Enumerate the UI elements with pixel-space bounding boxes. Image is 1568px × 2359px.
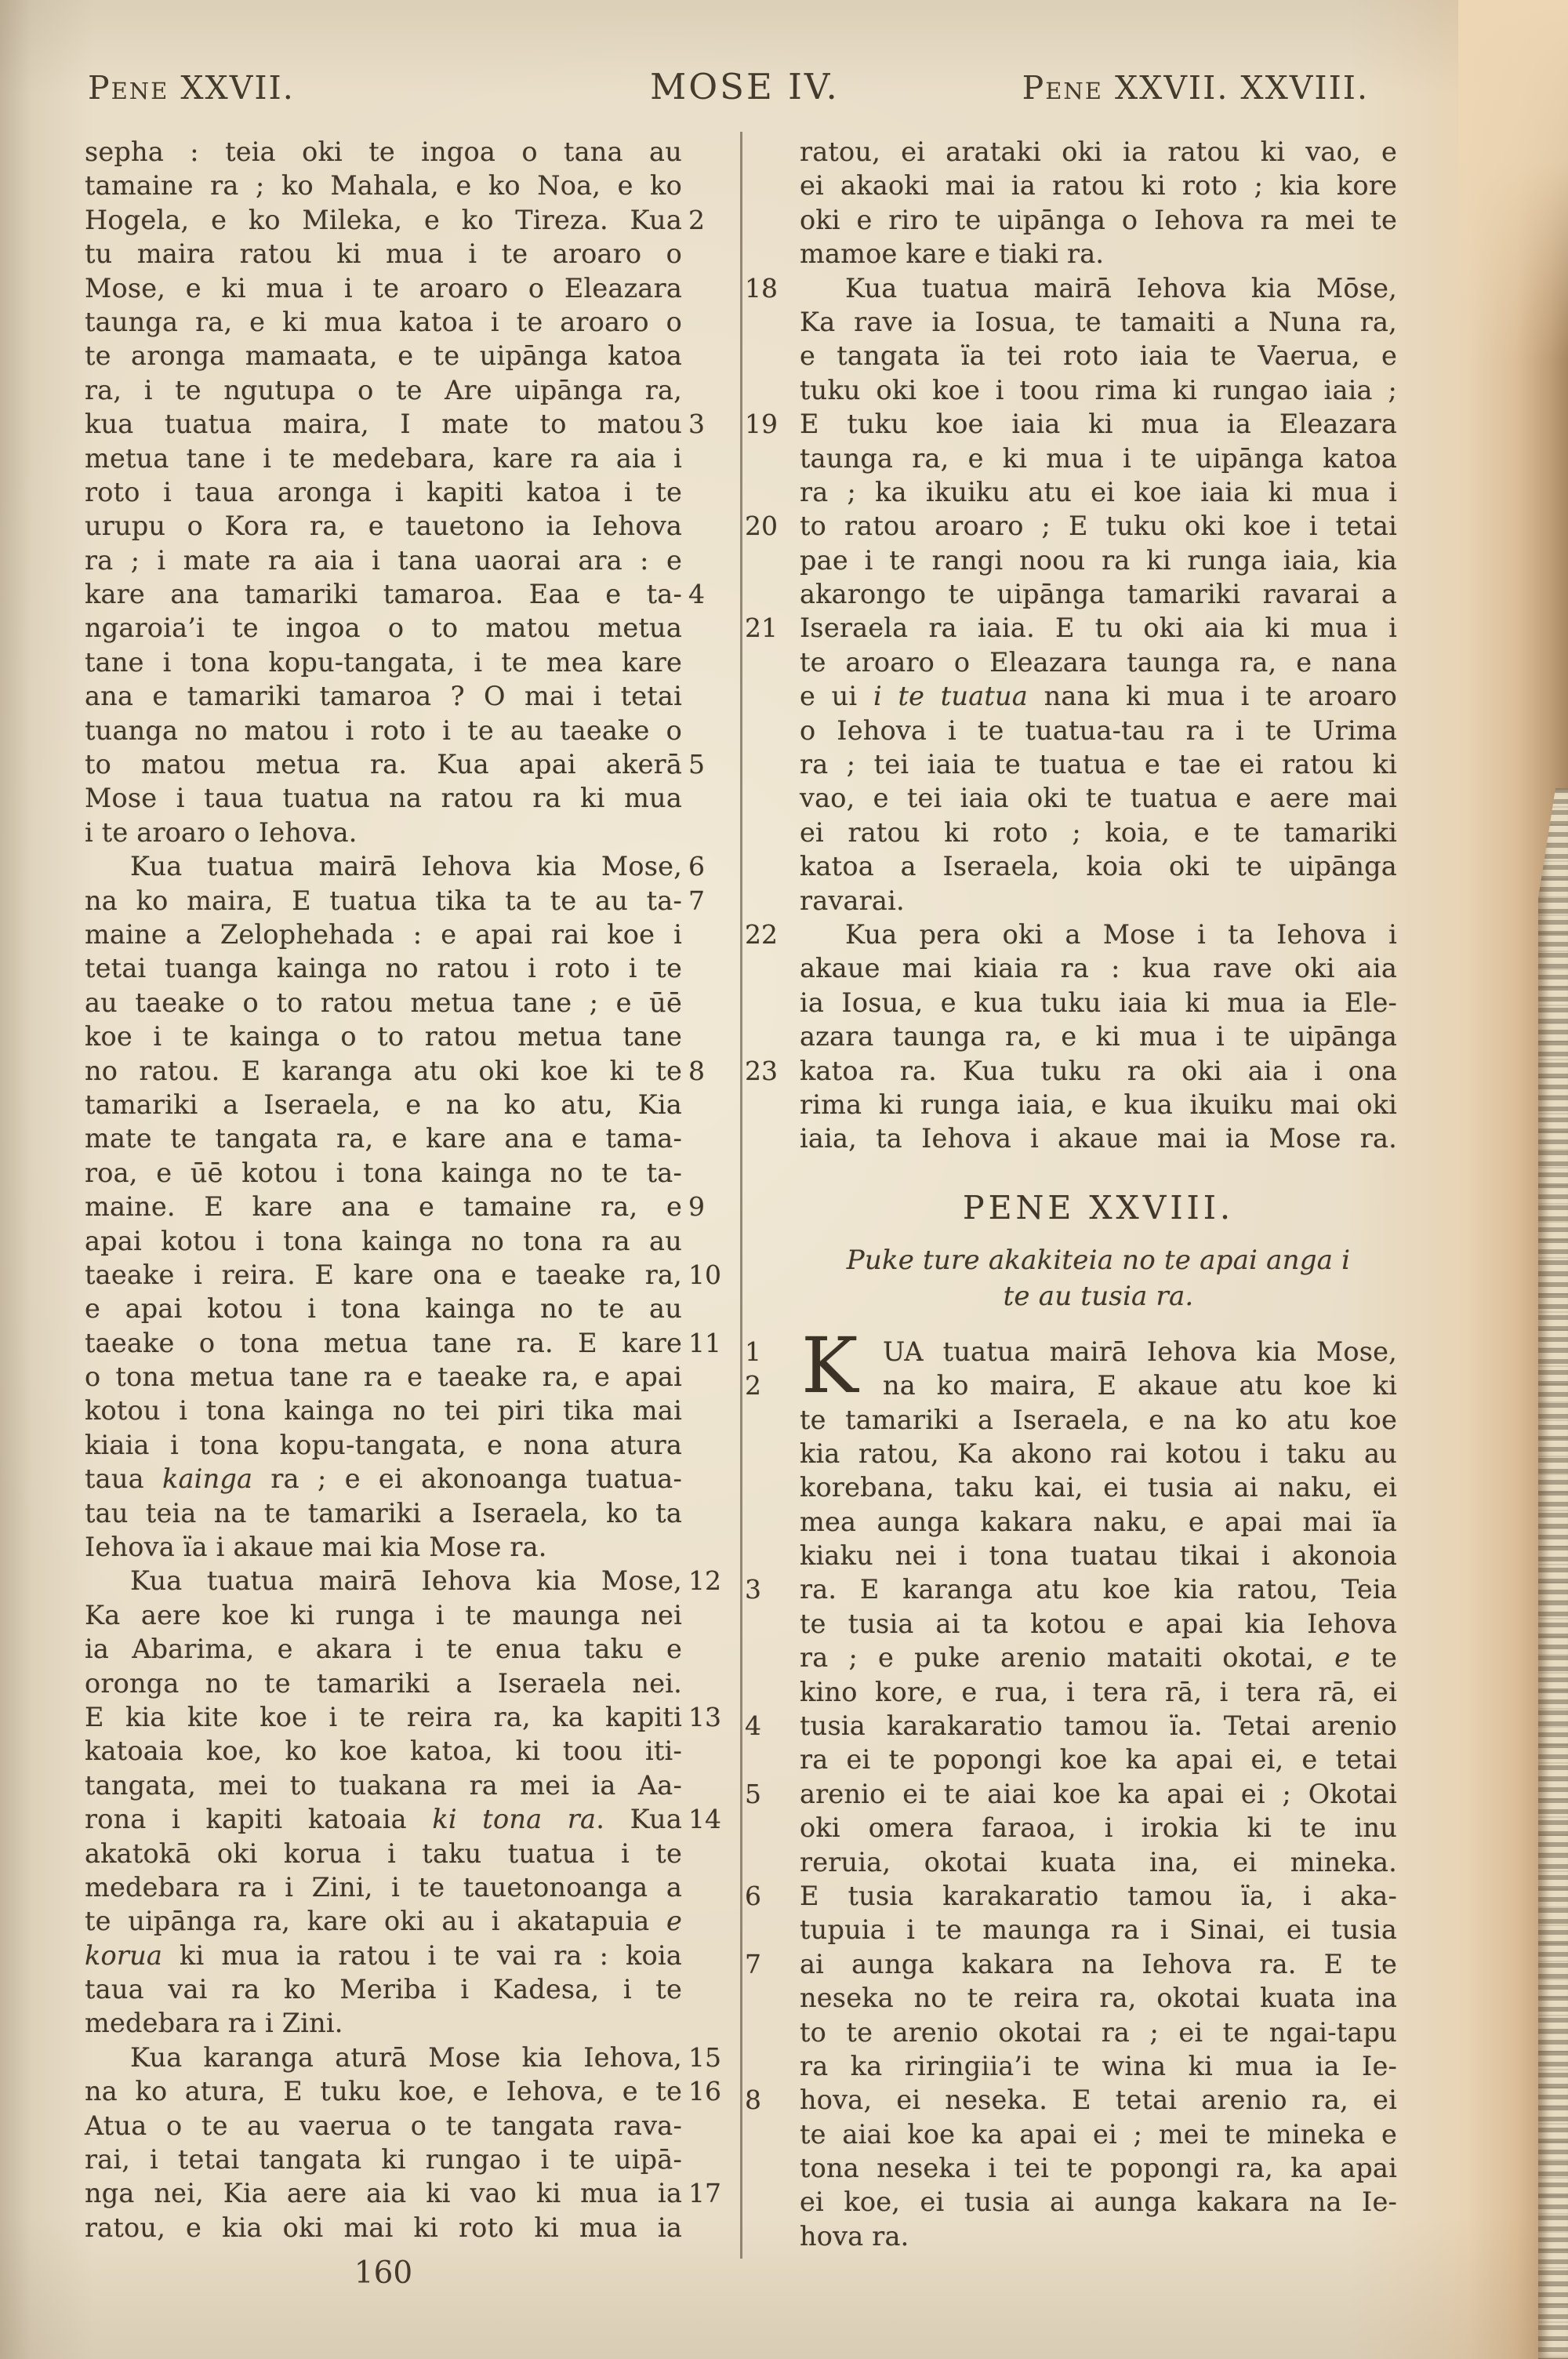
text-line: to ratou aroaro ; E tuku oki koe i tetai… [800, 509, 1397, 543]
adjacent-page-edge [1538, 788, 1568, 2359]
text-line: taunga ra, e ki mua i te uipānga katoa [800, 442, 1397, 475]
text-line: te aiai koe ka apai ei ; mei te mineka e [800, 2117, 1397, 2151]
text-line: te tusia ai ta kotou e apai kia Iehova [800, 1607, 1397, 1641]
verse-number: 19 [745, 407, 790, 441]
text-line: ra ei te popongi koe ka apai ei, e tetai [800, 1743, 1397, 1776]
verse-number: 17 [688, 2176, 734, 2210]
text-line: ravarai. [800, 884, 1397, 918]
text-line: ia Iosua, e kua tuku iaia ki mua ia Ele- [800, 986, 1397, 1020]
verse-number: 6 [688, 849, 734, 883]
verse-number: 8 [688, 1054, 734, 1088]
text-line: e ui i te tuatua nana ki mua i te aroaro [800, 679, 1397, 713]
text-line: katoa a Iseraela, koia oki te uipānga [800, 849, 1397, 883]
text-line: azara taunga ra, e ki mua i te uipānga [800, 1020, 1397, 1053]
page-number: 160 [85, 2255, 682, 2291]
text-line: ra ; i mate ra aia i tana uaorai ara : e [85, 543, 682, 577]
verse-number: 10 [688, 1258, 734, 1292]
text-line: korebana, taku kai, ei tusia ai naku, ei [800, 1470, 1397, 1504]
text-line: Kua tuatua mairā Iehova kia Mose,12 [85, 1564, 682, 1598]
chapter-summary-line-2: te au tusia ra. [800, 1278, 1397, 1314]
text-line: akarongo te uipānga tamariki ravarai a [800, 577, 1397, 611]
right-column-chapter28-text: K UA tuatua mairā Iehova kia Mose,1na ko… [800, 1335, 1397, 2254]
verse-number: 18 [745, 271, 790, 305]
verse-number: 4 [688, 577, 734, 611]
text-line: E tusia karakaratio tamou ïa, i aka-6 [800, 1879, 1397, 1913]
text-line: ngaroia’i te ingoa o to matou metua [85, 611, 682, 645]
text-line: kua tuatua maira, I mate to matou3 [85, 407, 682, 441]
text-line: oki e riro te uipānga o Iehova ra mei te [800, 203, 1397, 237]
column-divider-rule [740, 132, 742, 2259]
verse-number: 16 [688, 2074, 734, 2108]
text-line: maine. E kare ana e tamaine ra, e9 [85, 1190, 682, 1223]
text-line: ra ; ka ikuiku atu ei koe iaia ki mua i [800, 475, 1397, 509]
verse-number: 23 [745, 1054, 790, 1088]
verse-number: 7 [688, 884, 734, 918]
text-line: hova, ei neseka. E tetai arenio ra, ei8 [800, 2083, 1397, 2117]
text-line: roto i taua aronga i kapiti katoa i te [85, 475, 682, 509]
text-line: tupuia i te maunga ra i Sinai, ei tusia [800, 1913, 1397, 1946]
verse-number: 3 [688, 407, 734, 441]
text-line: kiaku nei i tona tuatau tikai i akonoia [800, 1539, 1397, 1572]
text-line: Kua tuatua mairā Iehova kia Mose,6 [85, 849, 682, 883]
text-line: medebara ra i Zini. [85, 2006, 682, 2040]
text-line: taeake o tona metua tane ra. E kare11 [85, 1326, 682, 1360]
text-line: vao, e tei iaia oki te tuatua e aere mai [800, 781, 1397, 815]
text-line: na ko maira, E akaue atu koe ki2 [800, 1369, 1397, 1402]
text-line: au taeake o to ratou metua tane ; e ūē [85, 986, 682, 1020]
text-line: tamariki a Iseraela, e na ko atu, Kia [85, 1088, 682, 1121]
verse-number: 2 [745, 1369, 790, 1402]
text-line: ana e tamariki tamaroa ? O mai i tetai [85, 679, 682, 713]
text-line: e apai kotou i tona kainga no te au [85, 1292, 682, 1325]
text-line: o Iehova i te tuatua-tau ra i te Urima [800, 714, 1397, 747]
text-line: kiaia i tona kopu-tangata, e nona atura [85, 1428, 682, 1462]
text-line: Kua karanga aturā Mose kia Iehova,15 [85, 2041, 682, 2074]
right-text-column: ratou, ei arataki oki ia ratou ki vao, e… [800, 135, 1397, 2253]
text-line: mamoe kare e tiaki ra. [800, 237, 1397, 271]
text-line: apai kotou i tona kainga no tona ra au [85, 1224, 682, 1258]
text-line: Atua o te au vaerua o te tangata rava- [85, 2109, 682, 2143]
text-line: Mose i taua tuatua na ratou ra ki mua [85, 781, 682, 815]
text-line: Iseraela ra iaia. E tu oki aia ki mua i2… [800, 611, 1397, 645]
right-column-chapter27-text: ratou, ei arataki oki ia ratou ki vao, e… [800, 135, 1397, 1156]
text-line: rima ki runga iaia, e kua ikuiku mai oki [800, 1088, 1397, 1121]
verse-number: 5 [745, 1777, 790, 1811]
text-line: taunga ra, e ki mua katoa i te aroaro o [85, 305, 682, 339]
text-line: katoa ra. Kua tuku ra oki aia i ona23 [800, 1054, 1397, 1088]
text-line: kare ana tamariki tamaroa. Eaa e ta-4 [85, 577, 682, 611]
text-line: i te aroaro o Iehova. [85, 816, 682, 849]
verse-number: 1 [745, 1335, 790, 1369]
text-line: ra ; e puke arenio mataiti okotai, e te [800, 1641, 1397, 1674]
text-line: taeake i reira. E kare ona e taeake ra,1… [85, 1258, 682, 1292]
text-line: ra ka riringiia’i te wina ki mua ia Ie- [800, 2049, 1397, 2083]
verse-number: 12 [688, 1564, 734, 1598]
verse-number: 20 [745, 509, 790, 543]
text-line: ratou, ei arataki oki ia ratou ki vao, e [800, 135, 1397, 169]
text-line: mate te tangata ra, e kare ana e tama- [85, 1121, 682, 1155]
verse-number: 3 [745, 1572, 790, 1606]
text-line: kotou i tona kainga no tei piri tika mai [85, 1394, 682, 1427]
text-line: roa, e ūē kotou i tona kainga no te ta- [85, 1156, 682, 1190]
text-line: no ratou. E karanga atu oki koe ki te8 [85, 1054, 682, 1088]
text-line: tane i tona kopu-tangata, i te mea kare [85, 645, 682, 679]
text-line: tusia karakaratio tamou ïa. Tetai arenio… [800, 1709, 1397, 1743]
text-line: Hogela, e ko Mileka, e ko Tireza. Kua2 [85, 203, 682, 237]
verse-number: 22 [745, 918, 790, 951]
text-line: akatokā oki korua i taku tuatua i te [85, 1837, 682, 1870]
text-line: korua ki mua ia ratou i te vai ra : koia [85, 1939, 682, 1972]
text-line: to matou metua ra. Kua apai akerā5 [85, 747, 682, 781]
verse-number: 13 [688, 1700, 734, 1734]
verse-number: 15 [688, 2041, 734, 2074]
text-line: Ka rave ia Iosua, te tamaiti a Nuna ra, [800, 305, 1397, 339]
text-line: E kia kite koe i te reira ra, ka kapiti1… [85, 1700, 682, 1734]
text-line: te aronga mamaata, e te uipānga katoa [85, 339, 682, 373]
text-line: rona i kapiti katoaia ki tona ra. Kua14 [85, 1802, 682, 1836]
text-line: rai, i tetai tangata ki rungao i te uipā… [85, 2143, 682, 2176]
text-line: Ka aere koe ki runga i te maunga nei [85, 1598, 682, 1632]
text-line: ei koe, ei tusia ai aunga kakara na Ie- [800, 2185, 1397, 2219]
text-line: UA tuatua mairā Iehova kia Mose,1 [800, 1335, 1397, 1369]
text-line: neseka no te reira ra, okotai kuata ina [800, 1981, 1397, 2015]
text-line: pae i te rangi noou ra ki runga iaia, ki… [800, 543, 1397, 577]
text-line: tau teia na te tamariki a Iseraela, ko t… [85, 1496, 682, 1530]
text-line: Kua tuatua mairā Iehova kia Mōse,18 [800, 271, 1397, 305]
text-line: kino kore, e rua, i tera rā, i tera rā, … [800, 1675, 1397, 1709]
text-line: koe i te kainga o to ratou metua tane [85, 1020, 682, 1053]
scanned-book-page: Pene XXVII. MOSE IV. Pene XXVII. XXVIII.… [0, 0, 1568, 2359]
text-line: iaia, ta Iehova i akaue mai ia Mose ra. [800, 1121, 1397, 1155]
verse-number: 9 [688, 1190, 734, 1223]
text-line: taua kainga ra ; e ei akonoanga tuatua- [85, 1462, 682, 1496]
text-line: metua tane i te medebara, kare ra aia i [85, 442, 682, 475]
text-line: Mose, e ki mua i te aroaro o Eleazara [85, 271, 682, 305]
text-line: tuanga no matou i roto i te au taeake o [85, 714, 682, 747]
verse-number: 11 [688, 1326, 734, 1360]
text-line: e tangata ïa tei roto iaia te Vaerua, e [800, 339, 1397, 373]
text-line: reruia, okotai kuata ina, ei mineka. [800, 1845, 1397, 1879]
text-line: te aroaro o Eleazara taunga ra, e nana [800, 645, 1397, 679]
verse-number: 6 [745, 1879, 790, 1913]
text-line: ia Abarima, e akara i te enua taku e [85, 1632, 682, 1666]
chapter-heading-block: PENE XXVIII. Puke ture akakiteia no te a… [800, 1189, 1397, 1314]
text-line: hova ra. [800, 2219, 1397, 2253]
text-line: kia ratou, Ka akono rai kotou i taku au [800, 1437, 1397, 1470]
chapter-heading: PENE XXVIII. [800, 1189, 1397, 1227]
text-line: ra. E karanga atu koe kia ratou, Teia3 [800, 1572, 1397, 1606]
verse-number: 5 [688, 747, 734, 781]
text-line: te uipānga ra, kare oki au i akatapuia e [85, 1904, 682, 1938]
fore-edge-top-highlight [1458, 0, 1568, 361]
text-line: nga nei, Kia aere aia ki vao ki mua ia17 [85, 2176, 682, 2210]
text-line: katoaia koe, ko koe katoa, ki toou iti- [85, 1734, 682, 1768]
text-line: tu maira ratou ki mua i te aroaro o [85, 237, 682, 271]
text-line: mea aunga kakara naku, e apai mai ïa [800, 1505, 1397, 1539]
text-line: oronga no te tamariki a Iseraela nei. [85, 1667, 682, 1700]
text-line: tangata, mei to tuakana ra mei ia Aa- [85, 1768, 682, 1802]
verse-number: 7 [745, 1947, 790, 1981]
text-line: na ko atura, E tuku koe, e Iehova, e te1… [85, 2074, 682, 2108]
text-line: maine a Zelophehada : e apai rai koe i [85, 918, 682, 951]
verse-number: 2 [688, 203, 734, 237]
text-line: medebara ra i Zini, i te tauetonoanga a [85, 1870, 682, 1904]
text-line: urupu o Kora ra, e tauetono ia Iehova [85, 509, 682, 543]
text-line: o tona metua tane ra e taeake ra, e apai [85, 1360, 682, 1394]
text-line: Kua pera oki a Mose i ta Iehova i22 [800, 918, 1397, 951]
text-line: ai aunga kakara na Iehova ra. E te7 [800, 1947, 1397, 1981]
text-line: to te arenio okotai ra ; ei te ngai-tapu [800, 2016, 1397, 2049]
text-line: akaue mai kiaia ra : kua rave oki aia [800, 951, 1397, 985]
text-line: te tamariki a Iseraela, e na ko atu koe [800, 1403, 1397, 1437]
text-line: ei akaoki mai ia ratou ki roto ; kia kor… [800, 169, 1397, 202]
text-line: tamaine ra ; ko Mahala, e ko Noa, e ko [85, 169, 682, 202]
text-line: tetai tuanga kainga no ratou i roto i te [85, 951, 682, 985]
running-head-right: Pene XXVII. XXVIII. [1022, 69, 1369, 107]
text-line: na ko maira, E tuatua tika ta te au ta-7 [85, 884, 682, 918]
text-line: ei ratou ki roto ; koia, e te tamariki [800, 816, 1397, 849]
text-line: ra, i te ngutupa o te Are uipānga ra, [85, 373, 682, 407]
text-line: ratou, e kia oki mai ki roto ki mua ia [85, 2211, 682, 2245]
verse-number: 21 [745, 611, 790, 645]
verse-number: 8 [745, 2083, 790, 2117]
text-line: arenio ei te aiai koe ka apai ei ; Okota… [800, 1777, 1397, 1811]
text-line: tona neseka i tei te popongi ra, ka apai [800, 2151, 1397, 2185]
verse-number: 14 [688, 1802, 734, 1836]
text-line: E tuku koe iaia ki mua ia Eleazara19 [800, 407, 1397, 441]
text-line: ra ; tei iaia te tuatua e tae ei ratou k… [800, 747, 1397, 781]
text-line: tuku oki koe i toou rima ki rungao iaia … [800, 373, 1397, 407]
chapter-summary-line-1: Puke ture akakiteia no te apai anga i [800, 1242, 1397, 1278]
verse-number: 4 [745, 1709, 790, 1743]
text-line: sepha : teia oki te ingoa o tana au [85, 135, 682, 169]
text-line: Iehova ïa i akaue mai kia Mose ra. [85, 1530, 682, 1564]
text-line: oki omera faraoa, i irokia ki te inu [800, 1811, 1397, 1845]
left-text-column: sepha : teia oki te ingoa o tana autamai… [85, 135, 682, 2245]
text-line: taua vai ra ko Meriba i Kadesa, i te [85, 1972, 682, 2006]
